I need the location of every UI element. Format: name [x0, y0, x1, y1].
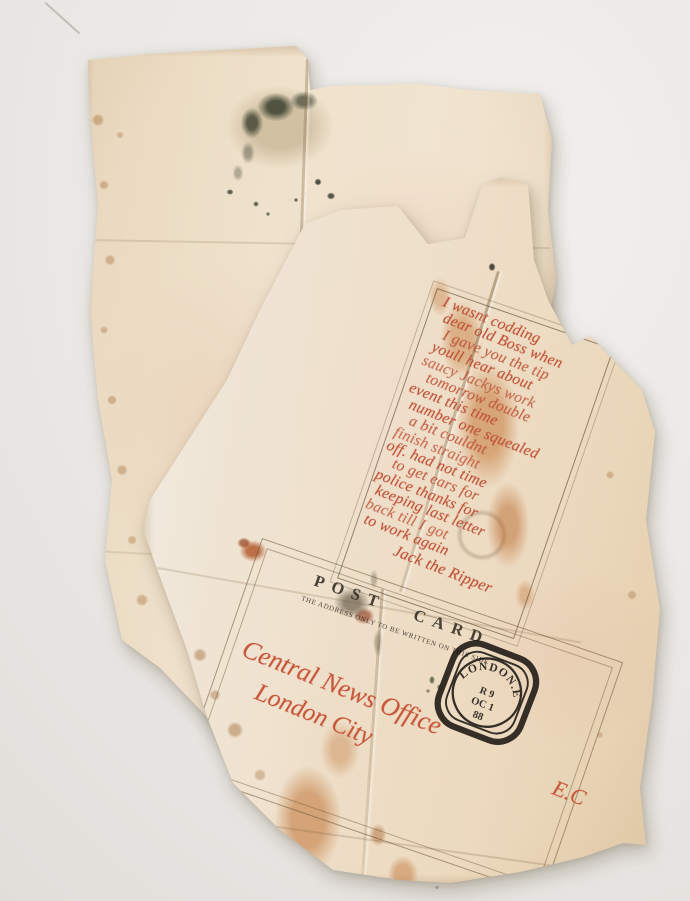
- handwritten-address: Central News Office London City: [225, 634, 446, 774]
- photo-scene: I wasnt coddingdear old Boss whenI gave …: [0, 0, 690, 901]
- postcard-sheet: I wasnt coddingdear old Boss whenI gave …: [140, 175, 675, 890]
- table-speck: [435, 886, 439, 889]
- postmark-year: 88: [471, 709, 485, 723]
- table-scratch: [45, 2, 80, 34]
- handwritten-message: I wasnt coddingdear old Boss whenI gave …: [349, 294, 603, 602]
- address-panel: POST CARD THE ADDRESS ONLY TO BE WRITTEN…: [182, 538, 624, 896]
- postcard-sheet-shadow: I wasnt coddingdear old Boss whenI gave …: [140, 175, 675, 890]
